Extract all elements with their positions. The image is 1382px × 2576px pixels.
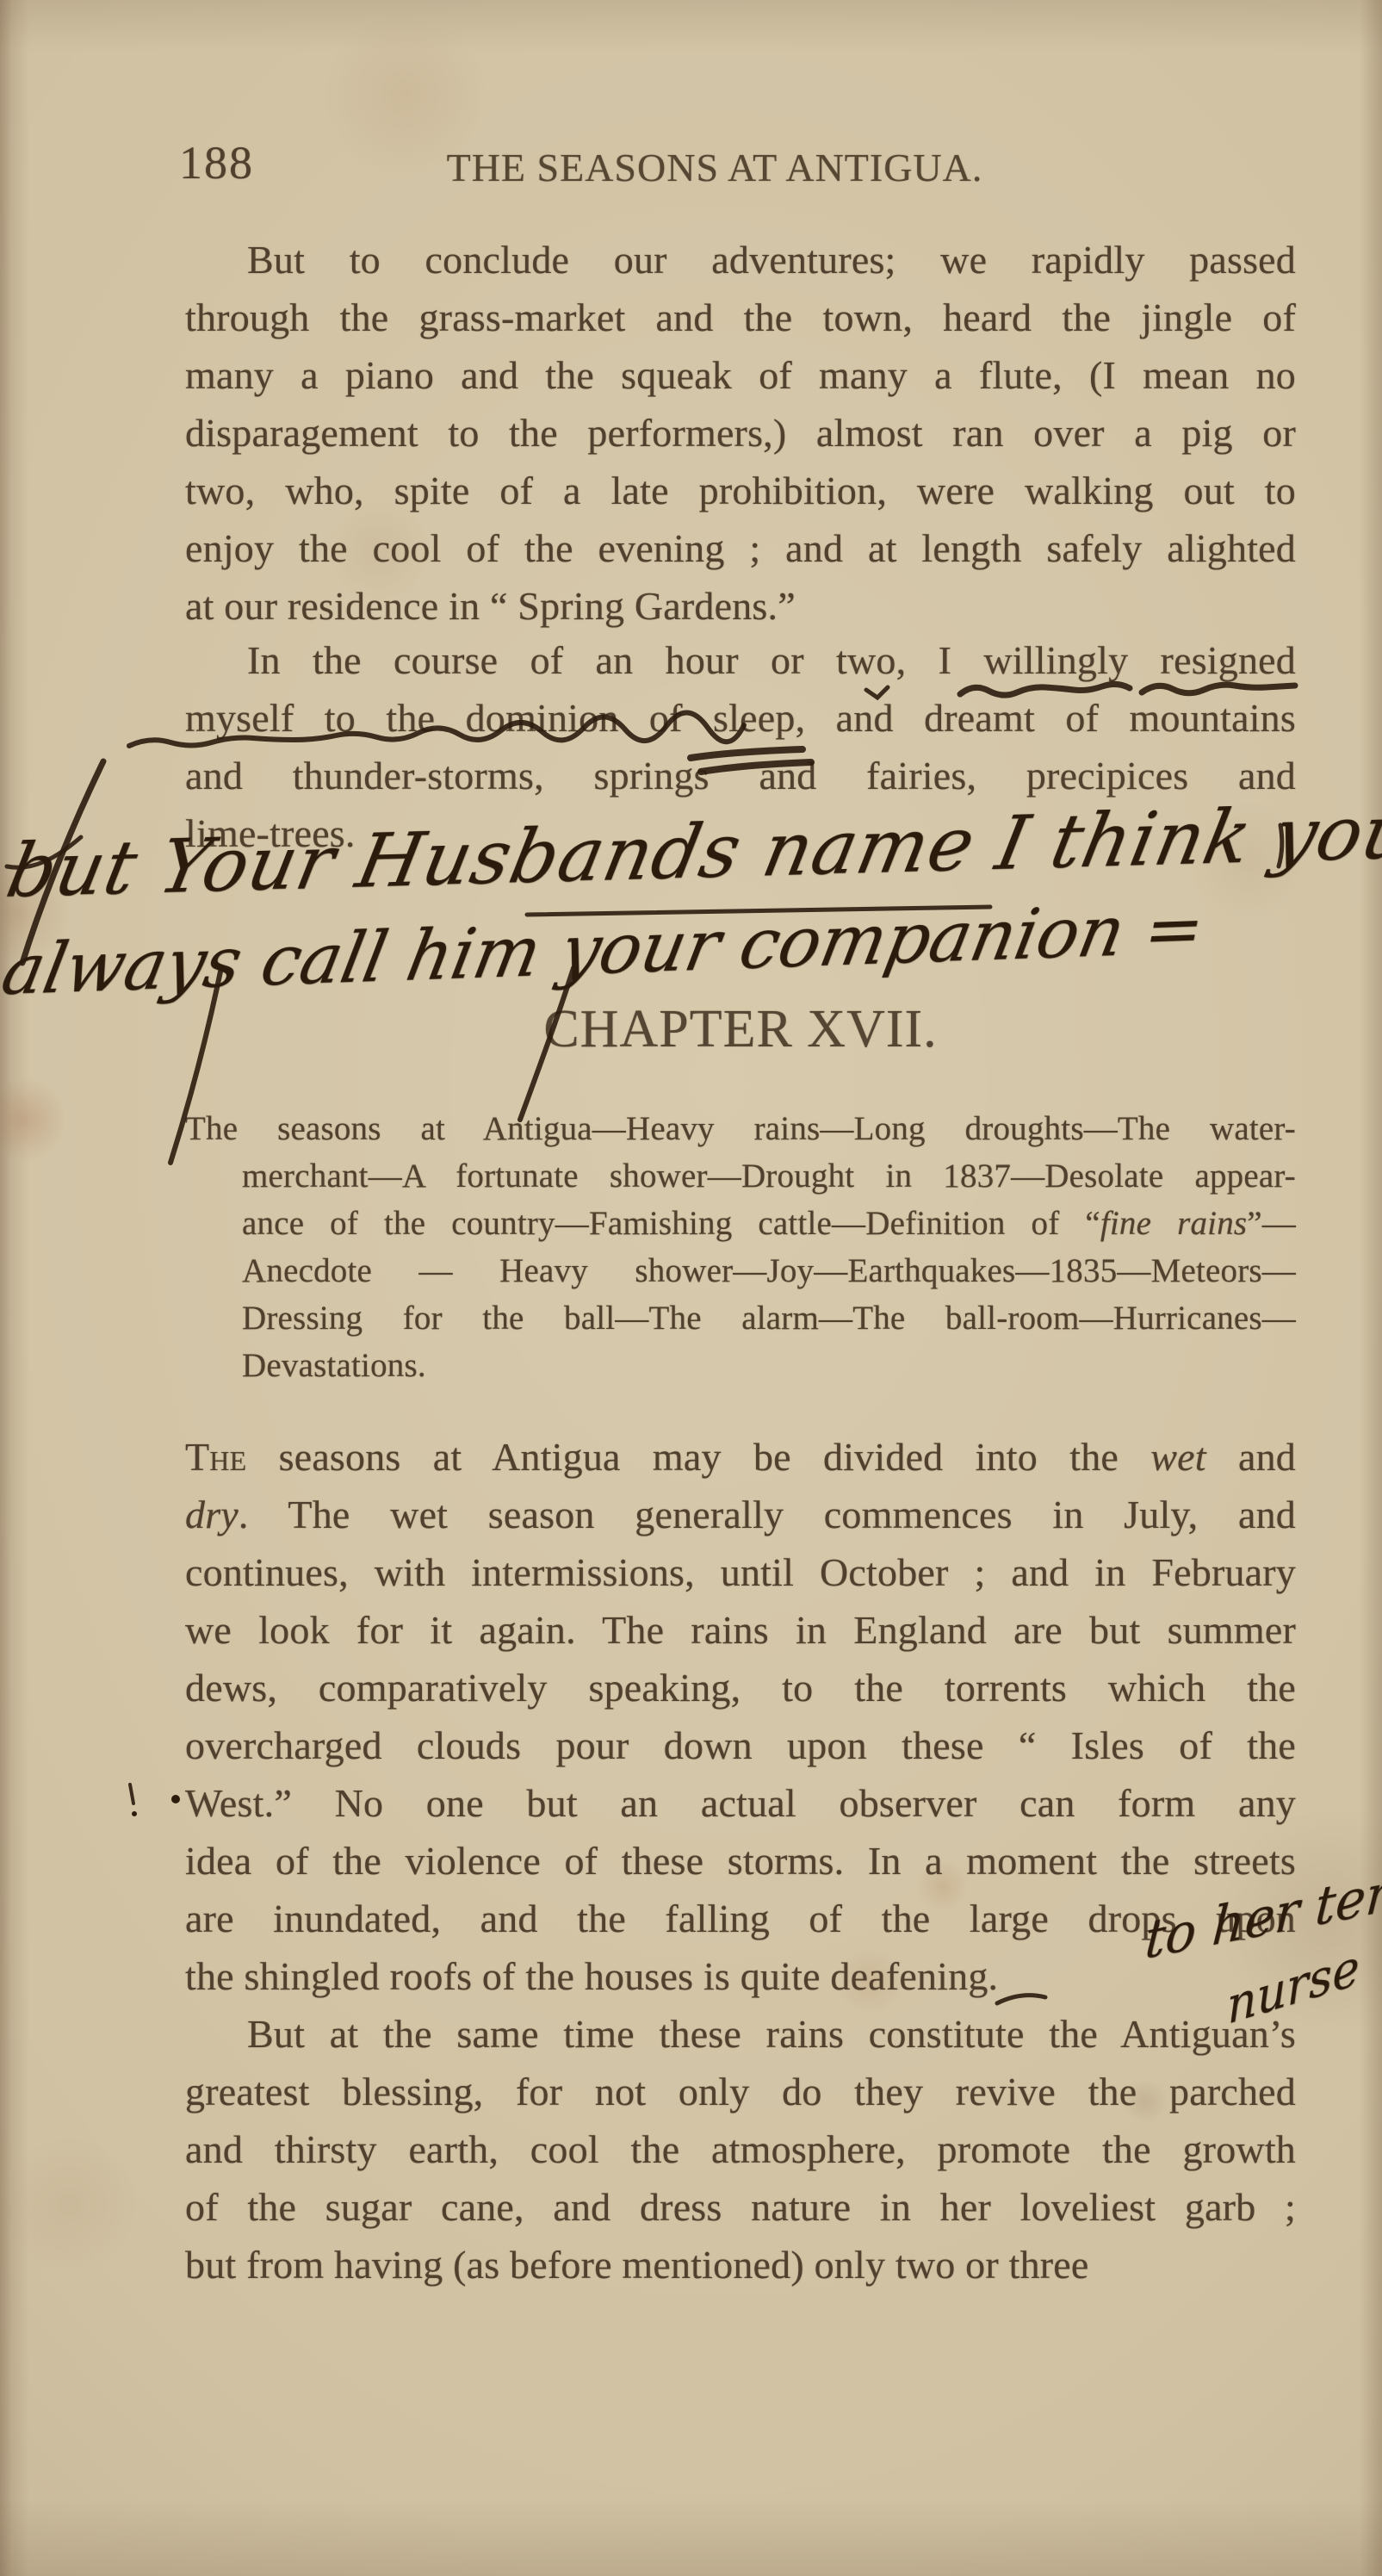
text-line: Dressing for the ball—The alarm—The ball… <box>185 1294 1296 1342</box>
text-line: overcharged clouds pour down upon these … <box>185 1716 1296 1774</box>
paragraph-4: But at the same time these rains constit… <box>185 2005 1296 2294</box>
pen-dot-before-west <box>171 1795 180 1803</box>
text-line: we look for it again. The rains in Engla… <box>185 1601 1296 1659</box>
text-line: Anecdote — Heavy shower—Joy—Earthquakes—… <box>185 1247 1296 1294</box>
pen-margin-tick <box>130 1785 133 1803</box>
text-line: are inundated, and the falling of the la… <box>185 1890 1296 1947</box>
text-line: But at the same time these rains constit… <box>185 2005 1296 2063</box>
text-line: merchant—A fortunate shower—Drought in 1… <box>185 1152 1296 1200</box>
chapter-heading: CHAPTER XVII. <box>185 999 1296 1060</box>
text-line: greatest blessing, for not only do they … <box>185 2063 1296 2120</box>
text-line: and thirsty earth, cool the atmosphere, … <box>185 2120 1296 2178</box>
running-title: THE SEASONS AT ANTIGUA. <box>185 145 1244 190</box>
text-line: through the grass-market and the town, h… <box>185 289 1296 346</box>
text-line: The seasons at Antigua—Heavy rains—Long … <box>185 1105 1296 1152</box>
text-line: many a piano and the squeak of many a fl… <box>185 346 1296 404</box>
pen-margin-dot <box>132 1811 137 1816</box>
text-line: ance of the country—Famishing cattle—Def… <box>185 1200 1296 1247</box>
text-line: idea of the violence of these storms. In… <box>185 1832 1296 1890</box>
text-line: and thunder-storms, springs and fairies,… <box>185 747 1296 804</box>
paragraph-3: The seasons at Antigua may be divided in… <box>185 1428 1296 2005</box>
text-line: myself to the dominion of sleep, and dre… <box>185 689 1296 747</box>
text-line: dews, comparatively speaking, to the tor… <box>185 1659 1296 1716</box>
text-line: two, who, spite of a late prohibition, w… <box>185 462 1296 519</box>
text-line: enjoy the cool of the evening ; and at l… <box>185 519 1296 577</box>
text-line: dry. The wet season generally commences … <box>185 1486 1296 1543</box>
text-line: West.” No one but an actual observer can… <box>185 1774 1296 1832</box>
text-line: The seasons at Antigua may be divided in… <box>185 1428 1296 1486</box>
paragraph-1: But to conclude our adventures; we rapid… <box>185 231 1296 635</box>
text-line: But to conclude our adventures; we rapid… <box>185 231 1296 289</box>
book-page-scan: 188 THE SEASONS AT ANTIGUA. But to concl… <box>0 0 1382 2576</box>
text-line: In the course of an hour or two, I willi… <box>185 631 1296 689</box>
text-line: of the sugar cane, and dress nature in h… <box>185 2178 1296 2236</box>
text-line: continues, with intermissions, until Oct… <box>185 1543 1296 1601</box>
text-line: disparagement to the performers,) almost… <box>185 404 1296 462</box>
chapter-summary: The seasons at Antigua—Heavy rains—Long … <box>185 1105 1296 1389</box>
